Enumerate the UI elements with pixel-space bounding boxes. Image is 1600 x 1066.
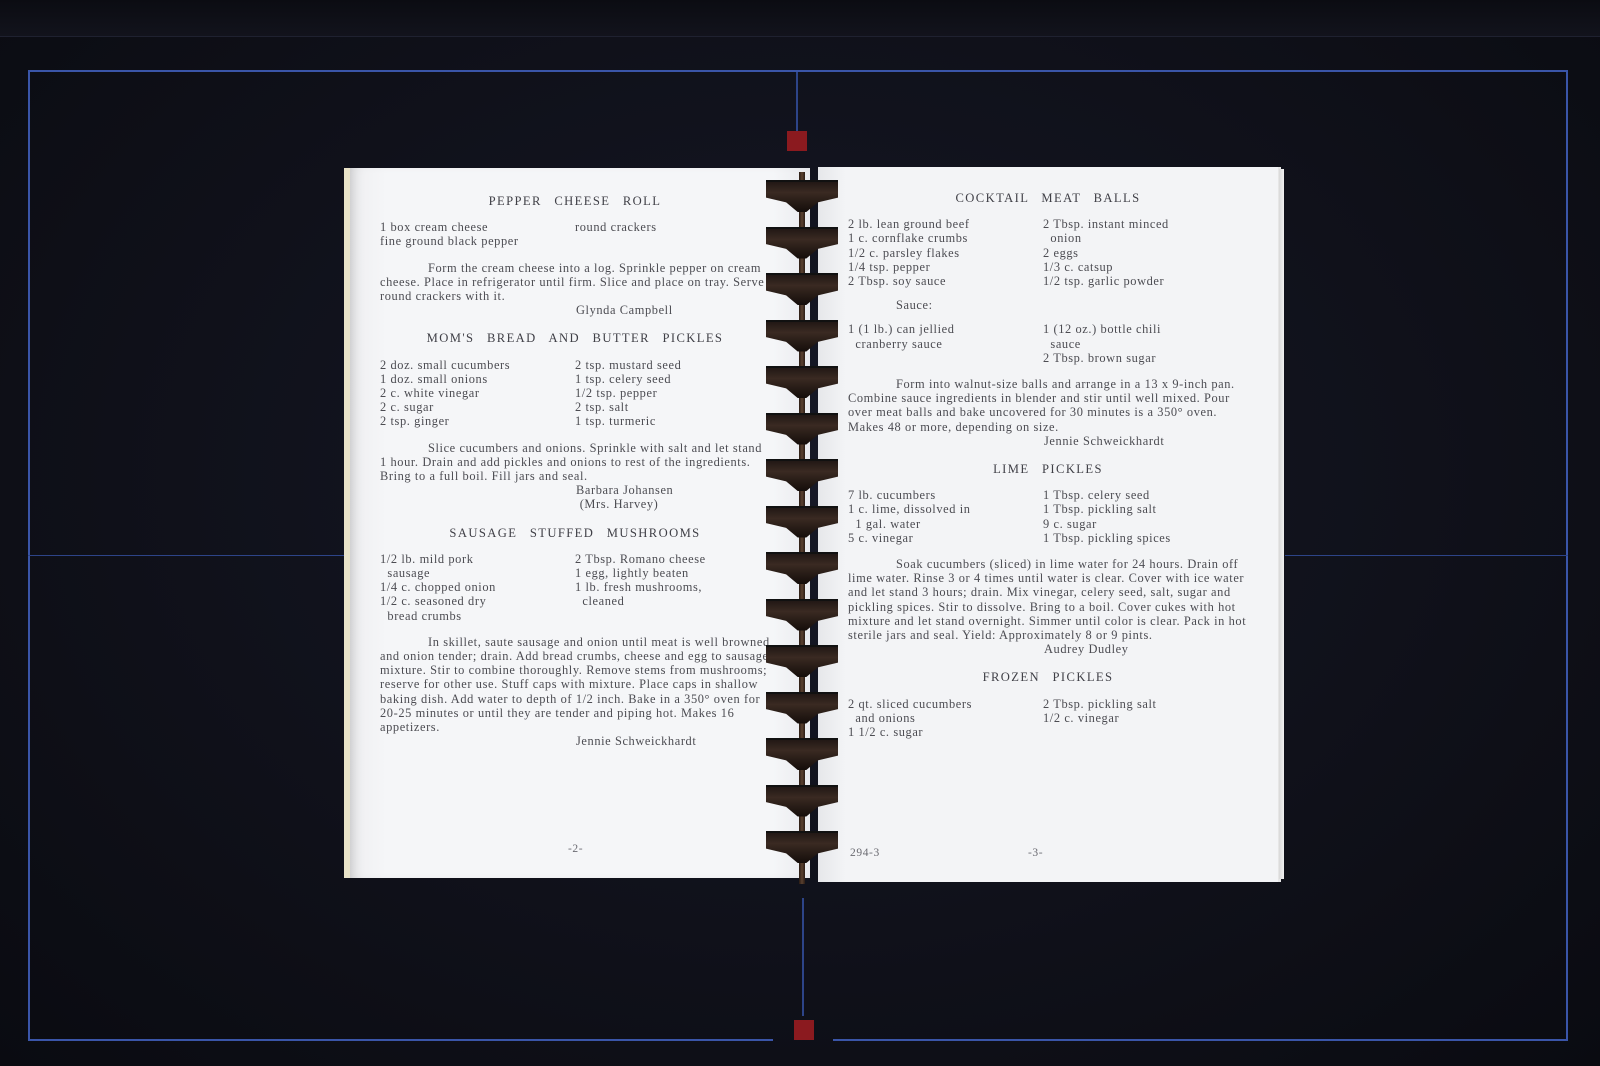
binding-coil (766, 366, 838, 398)
ingredient-line: 1 lb. fresh mushrooms, (575, 580, 770, 594)
binding-coil (766, 599, 838, 631)
recipe-title: LIME PICKLES (848, 462, 1248, 476)
ingredient-line: 1 Tbsp. pickling salt (1043, 502, 1248, 516)
left-page-content: PEPPER CHEESE ROLL1 box cream cheesefine… (380, 190, 770, 749)
ingredient-line: fine ground black pepper (380, 234, 575, 248)
ingredient-line: 2 lb. lean ground beef (848, 217, 1043, 231)
registration-frame-top (28, 70, 1568, 72)
ingredient-column-2: 1 (12 oz.) bottle chili sauce2 Tbsp. bro… (1043, 322, 1248, 365)
ingredient-column-1: 7 lb. cucumbers1 c. lime, dissolved in 1… (848, 488, 1043, 545)
ingredient-columns: 1 box cream cheesefine ground black pepp… (380, 220, 770, 248)
ingredient-line: 1 tsp. celery seed (575, 372, 770, 386)
ingredient-column-1: 1/2 lb. mild pork sausage1/4 c. chopped … (380, 552, 575, 623)
ingredient-line: 2 c. sugar (380, 400, 575, 414)
ingredient-line: sausage (380, 566, 575, 580)
registration-frame-bottom-right (833, 1039, 1568, 1041)
recipe-block: LIME PICKLES7 lb. cucumbers1 c. lime, di… (848, 462, 1248, 656)
ingredient-line: sauce (1043, 337, 1248, 351)
ingredient-line: 1 c. cornflake crumbs (848, 231, 1043, 245)
ingredient-column-2: 2 Tbsp. Romano cheese1 egg, lightly beat… (575, 552, 770, 623)
ingredient-line: 1 Tbsp. pickling spices (1043, 531, 1248, 545)
binding-coil (766, 227, 838, 259)
ingredient-line: 1 c. lime, dissolved in (848, 502, 1043, 516)
registration-frame-bottom-left (28, 1039, 773, 1041)
ingredient-column-2: 2 tsp. mustard seed1 tsp. celery seed1/2… (575, 358, 770, 429)
contributor-name: Glynda Campbell (380, 303, 770, 317)
ingredient-columns: 1 (1 lb.) can jellied cranberry sauce1 (… (848, 322, 1248, 365)
ingredient-line: 2 Tbsp. pickling salt (1043, 697, 1248, 711)
ingredient-line: 2 tsp. mustard seed (575, 358, 770, 372)
ingredient-line: 1 gal. water (848, 517, 1043, 531)
binding-coil (766, 273, 838, 305)
ingredient-line: 2 Tbsp. soy sauce (848, 274, 1043, 288)
binding-coil (766, 459, 838, 491)
right-page-content: COCKTAIL MEAT BALLS2 lb. lean ground bee… (848, 187, 1248, 739)
ingredient-line: 7 lb. cucumbers (848, 488, 1043, 502)
page-number: -3- (1028, 846, 1043, 860)
ingredient-line: 1/2 lb. mild pork (380, 552, 575, 566)
ingredient-line: 2 tsp. salt (575, 400, 770, 414)
binding-coil (766, 552, 838, 584)
ingredient-line: 1/2 c. seasoned dry (380, 594, 575, 608)
ingredient-line: 1 1/2 c. sugar (848, 725, 1043, 739)
ingredient-line: 1 box cream cheese (380, 220, 575, 234)
recipe-title: COCKTAIL MEAT BALLS (848, 191, 1248, 205)
ingredient-line: 9 c. sugar (1043, 517, 1248, 531)
ingredient-line: cranberry sauce (848, 337, 1043, 351)
recipe-block: MOM'S BREAD AND BUTTER PICKLES2 doz. sma… (380, 331, 770, 511)
ingredient-line: 1/4 tsp. pepper (848, 260, 1043, 274)
ingredient-line: 5 c. vinegar (848, 531, 1043, 545)
ingredient-line: 1 (12 oz.) bottle chili (1043, 322, 1248, 336)
ingredient-column-2: round crackers (575, 220, 770, 248)
contributor-name: Jennie Schweickhardt (848, 434, 1248, 448)
recipe-directions: Slice cucumbers and onions. Sprinkle wit… (380, 441, 770, 484)
ingredient-line: 1 Tbsp. celery seed (1043, 488, 1248, 502)
binding-coil (766, 320, 838, 352)
binding-coil (766, 692, 838, 724)
ingredient-line: and onions (848, 711, 1043, 725)
contributor-name: Barbara Johansen (380, 483, 770, 497)
recipe-title: PEPPER CHEESE ROLL (380, 194, 770, 208)
ingredient-line: 1/2 tsp. garlic powder (1043, 274, 1248, 288)
ingredient-line: 2 tsp. ginger (380, 414, 575, 428)
ingredient-line: 1/2 c. parsley flakes (848, 246, 1043, 260)
ingredient-line: 1/4 c. chopped onion (380, 580, 575, 594)
recipe-directions: Soak cucumbers (sliced) in lime water fo… (848, 557, 1248, 642)
ingredient-columns: 2 lb. lean ground beef1 c. cornflake cru… (848, 217, 1248, 288)
recipe-directions: Form into walnut-size balls and arrange … (848, 377, 1248, 434)
registration-marker-top (787, 131, 807, 151)
ingredient-line: 1/2 tsp. pepper (575, 386, 770, 400)
contributor-name: Jennie Schweickhardt (380, 734, 770, 748)
contributor-name: (Mrs. Harvey) (380, 497, 770, 511)
crosshair-top (796, 72, 798, 132)
recipe-block: PEPPER CHEESE ROLL1 box cream cheesefine… (380, 194, 770, 317)
ingredient-line: 2 Tbsp. brown sugar (1043, 351, 1248, 365)
scanner-top-edge (0, 0, 1600, 37)
recipe-block: SAUSAGE STUFFED MUSHROOMS1/2 lb. mild po… (380, 526, 770, 749)
ingredient-column-1: 1 (1 lb.) can jellied cranberry sauce (848, 322, 1043, 365)
binding-coil (766, 506, 838, 538)
ingredient-line: 2 c. white vinegar (380, 386, 575, 400)
ingredient-column-1: 2 lb. lean ground beef1 c. cornflake cru… (848, 217, 1043, 288)
right-page: COCKTAIL MEAT BALLS2 lb. lean ground bee… (818, 167, 1281, 882)
recipe-directions: Form the cream cheese into a log. Sprink… (380, 261, 770, 304)
ingredient-line: 2 Tbsp. Romano cheese (575, 552, 770, 566)
ingredient-columns: 2 qt. sliced cucumbers and onions1 1/2 c… (848, 697, 1248, 740)
ingredient-line: 2 eggs (1043, 246, 1248, 260)
ingredient-column-2: 2 Tbsp. instant minced onion2 eggs1/3 c.… (1043, 217, 1248, 288)
binding-coil (766, 180, 838, 212)
binding-coil (766, 738, 838, 770)
binding-coil (766, 785, 838, 817)
ingredient-line: 1/3 c. catsup (1043, 260, 1248, 274)
recipe-title: MOM'S BREAD AND BUTTER PICKLES (380, 331, 770, 345)
ingredient-line: cleaned (575, 594, 770, 608)
binding-coil (766, 831, 838, 863)
ingredient-line: 1 doz. small onions (380, 372, 575, 386)
ingredient-line: 2 qt. sliced cucumbers (848, 697, 1043, 711)
recipe-title: FROZEN PICKLES (848, 670, 1248, 684)
recipe-title: SAUSAGE STUFFED MUSHROOMS (380, 526, 770, 540)
crosshair-left (28, 555, 348, 556)
recipe-block: FROZEN PICKLES2 qt. sliced cucumbers and… (848, 670, 1248, 739)
ingredient-line: 1 egg, lightly beaten (575, 566, 770, 580)
ingredient-line: 2 doz. small cucumbers (380, 358, 575, 372)
binding-coil (766, 413, 838, 445)
ingredient-line: onion (1043, 231, 1248, 245)
ingredient-column-1: 2 qt. sliced cucumbers and onions1 1/2 c… (848, 697, 1043, 740)
crosshair-right (1285, 555, 1568, 556)
ingredient-column-2: 1 Tbsp. celery seed1 Tbsp. pickling salt… (1043, 488, 1248, 545)
ingredient-line: 2 Tbsp. instant minced (1043, 217, 1248, 231)
ingredient-line: bread crumbs (380, 609, 575, 623)
recipe-directions: In skillet, saute sausage and onion unti… (380, 635, 770, 734)
sauce-label: Sauce: (848, 298, 1248, 312)
ingredient-line: 1 (1 lb.) can jellied (848, 322, 1043, 336)
ingredient-column-2: 2 Tbsp. pickling salt1/2 c. vinegar (1043, 697, 1248, 740)
recipe-block: COCKTAIL MEAT BALLS2 lb. lean ground bee… (848, 191, 1248, 448)
ingredient-columns: 1/2 lb. mild pork sausage1/4 c. chopped … (380, 552, 770, 623)
ingredient-line: round crackers (575, 220, 770, 234)
ingredient-columns: 2 doz. small cucumbers1 doz. small onion… (380, 358, 770, 429)
contributor-name: Audrey Dudley (848, 642, 1248, 656)
ingredient-column-1: 1 box cream cheesefine ground black pepp… (380, 220, 575, 248)
left-page: PEPPER CHEESE ROLL1 box cream cheesefine… (344, 168, 810, 878)
ingredient-line: 1 tsp. turmeric (575, 414, 770, 428)
ingredient-column-1: 2 doz. small cucumbers1 doz. small onion… (380, 358, 575, 429)
ingredient-line: 1/2 c. vinegar (1043, 711, 1248, 725)
crosshair-bottom (802, 898, 804, 1016)
ingredient-columns: 7 lb. cucumbers1 c. lime, dissolved in 1… (848, 488, 1248, 545)
page-number: -2- (568, 842, 583, 856)
binding-coil (766, 645, 838, 677)
registration-marker-bottom (794, 1020, 814, 1040)
spiral-binding (762, 172, 842, 882)
page-code: 294-3 (850, 846, 880, 860)
